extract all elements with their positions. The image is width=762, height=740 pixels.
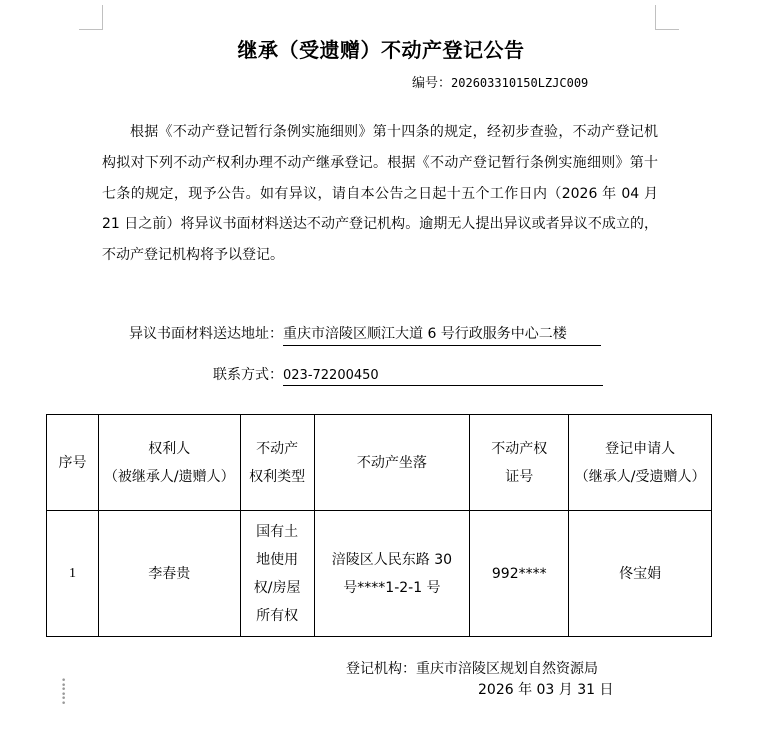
- announcement-body: 根据《不动产登记暂行条例实施细则》第十四条的规定，经初步查验，不动产登记机构拟对…: [102, 117, 658, 271]
- table-header-row: 序号 权利人（被继承人/遗赠人） 不动产权利类型 不动产坐落 不动产权证号 登记…: [47, 415, 712, 511]
- header-holder: 权利人（被继承人/遗赠人）: [98, 415, 240, 511]
- document-title: 继承（受遗赠）不动产登记公告: [0, 34, 762, 63]
- drag-handle-icon[interactable]: • •• •• •: [61, 679, 71, 693]
- header-cert-no: 不动产权证号: [470, 415, 569, 511]
- page-corner-mark-top-right: [655, 5, 679, 30]
- page-corner-mark-top-left: [79, 5, 103, 30]
- header-right-type: 不动产权利类型: [240, 415, 314, 511]
- document-number-label: 编号：: [412, 76, 451, 91]
- header-location: 不动产坐落: [314, 415, 470, 511]
- objection-address-label: 异议书面材料送达地址：: [129, 326, 283, 342]
- authority-label: 登记机构：: [346, 661, 416, 677]
- registration-authority: 登记机构：重庆市涪陵区规划自然资源局: [346, 658, 598, 678]
- document-number: 编号：202603310150LZJC009: [412, 72, 588, 91]
- authority-value: 重庆市涪陵区规划自然资源局: [416, 661, 598, 677]
- header-seq: 序号: [47, 415, 99, 511]
- cell-applicant: 佟宝娟: [569, 511, 712, 637]
- cell-holder: 李春贵: [98, 511, 240, 637]
- cell-cert-no: 992****: [470, 511, 569, 637]
- objection-address-field: 异议书面材料送达地址：重庆市涪陵区顺江大道 6 号行政服务中心二楼: [129, 323, 601, 346]
- objection-address-value: 重庆市涪陵区顺江大道 6 号行政服务中心二楼: [283, 323, 601, 346]
- announcement-date: 2026 年 03 月 31 日: [478, 679, 614, 699]
- cell-right-type: 国有土 地使用 权/房屋 所有权: [240, 511, 314, 637]
- header-applicant: 登记申请人（继承人/受遗赠人）: [569, 415, 712, 511]
- document-number-value: 202603310150LZJC009: [451, 76, 588, 90]
- cell-location: 涪陵区人民东路 30号****1-2-1 号: [314, 511, 470, 637]
- table-row: 1 李春贵 国有土 地使用 权/房屋 所有权 涪陵区人民东路 30号****1-…: [47, 511, 712, 637]
- contact-label: 联系方式：: [213, 367, 283, 383]
- registration-table: 序号 权利人（被继承人/遗赠人） 不动产权利类型 不动产坐落 不动产权证号 登记…: [46, 414, 712, 637]
- cell-seq: 1: [47, 511, 99, 637]
- contact-value: 023-72200450: [283, 368, 603, 386]
- contact-field: 联系方式：023-72200450: [213, 364, 603, 386]
